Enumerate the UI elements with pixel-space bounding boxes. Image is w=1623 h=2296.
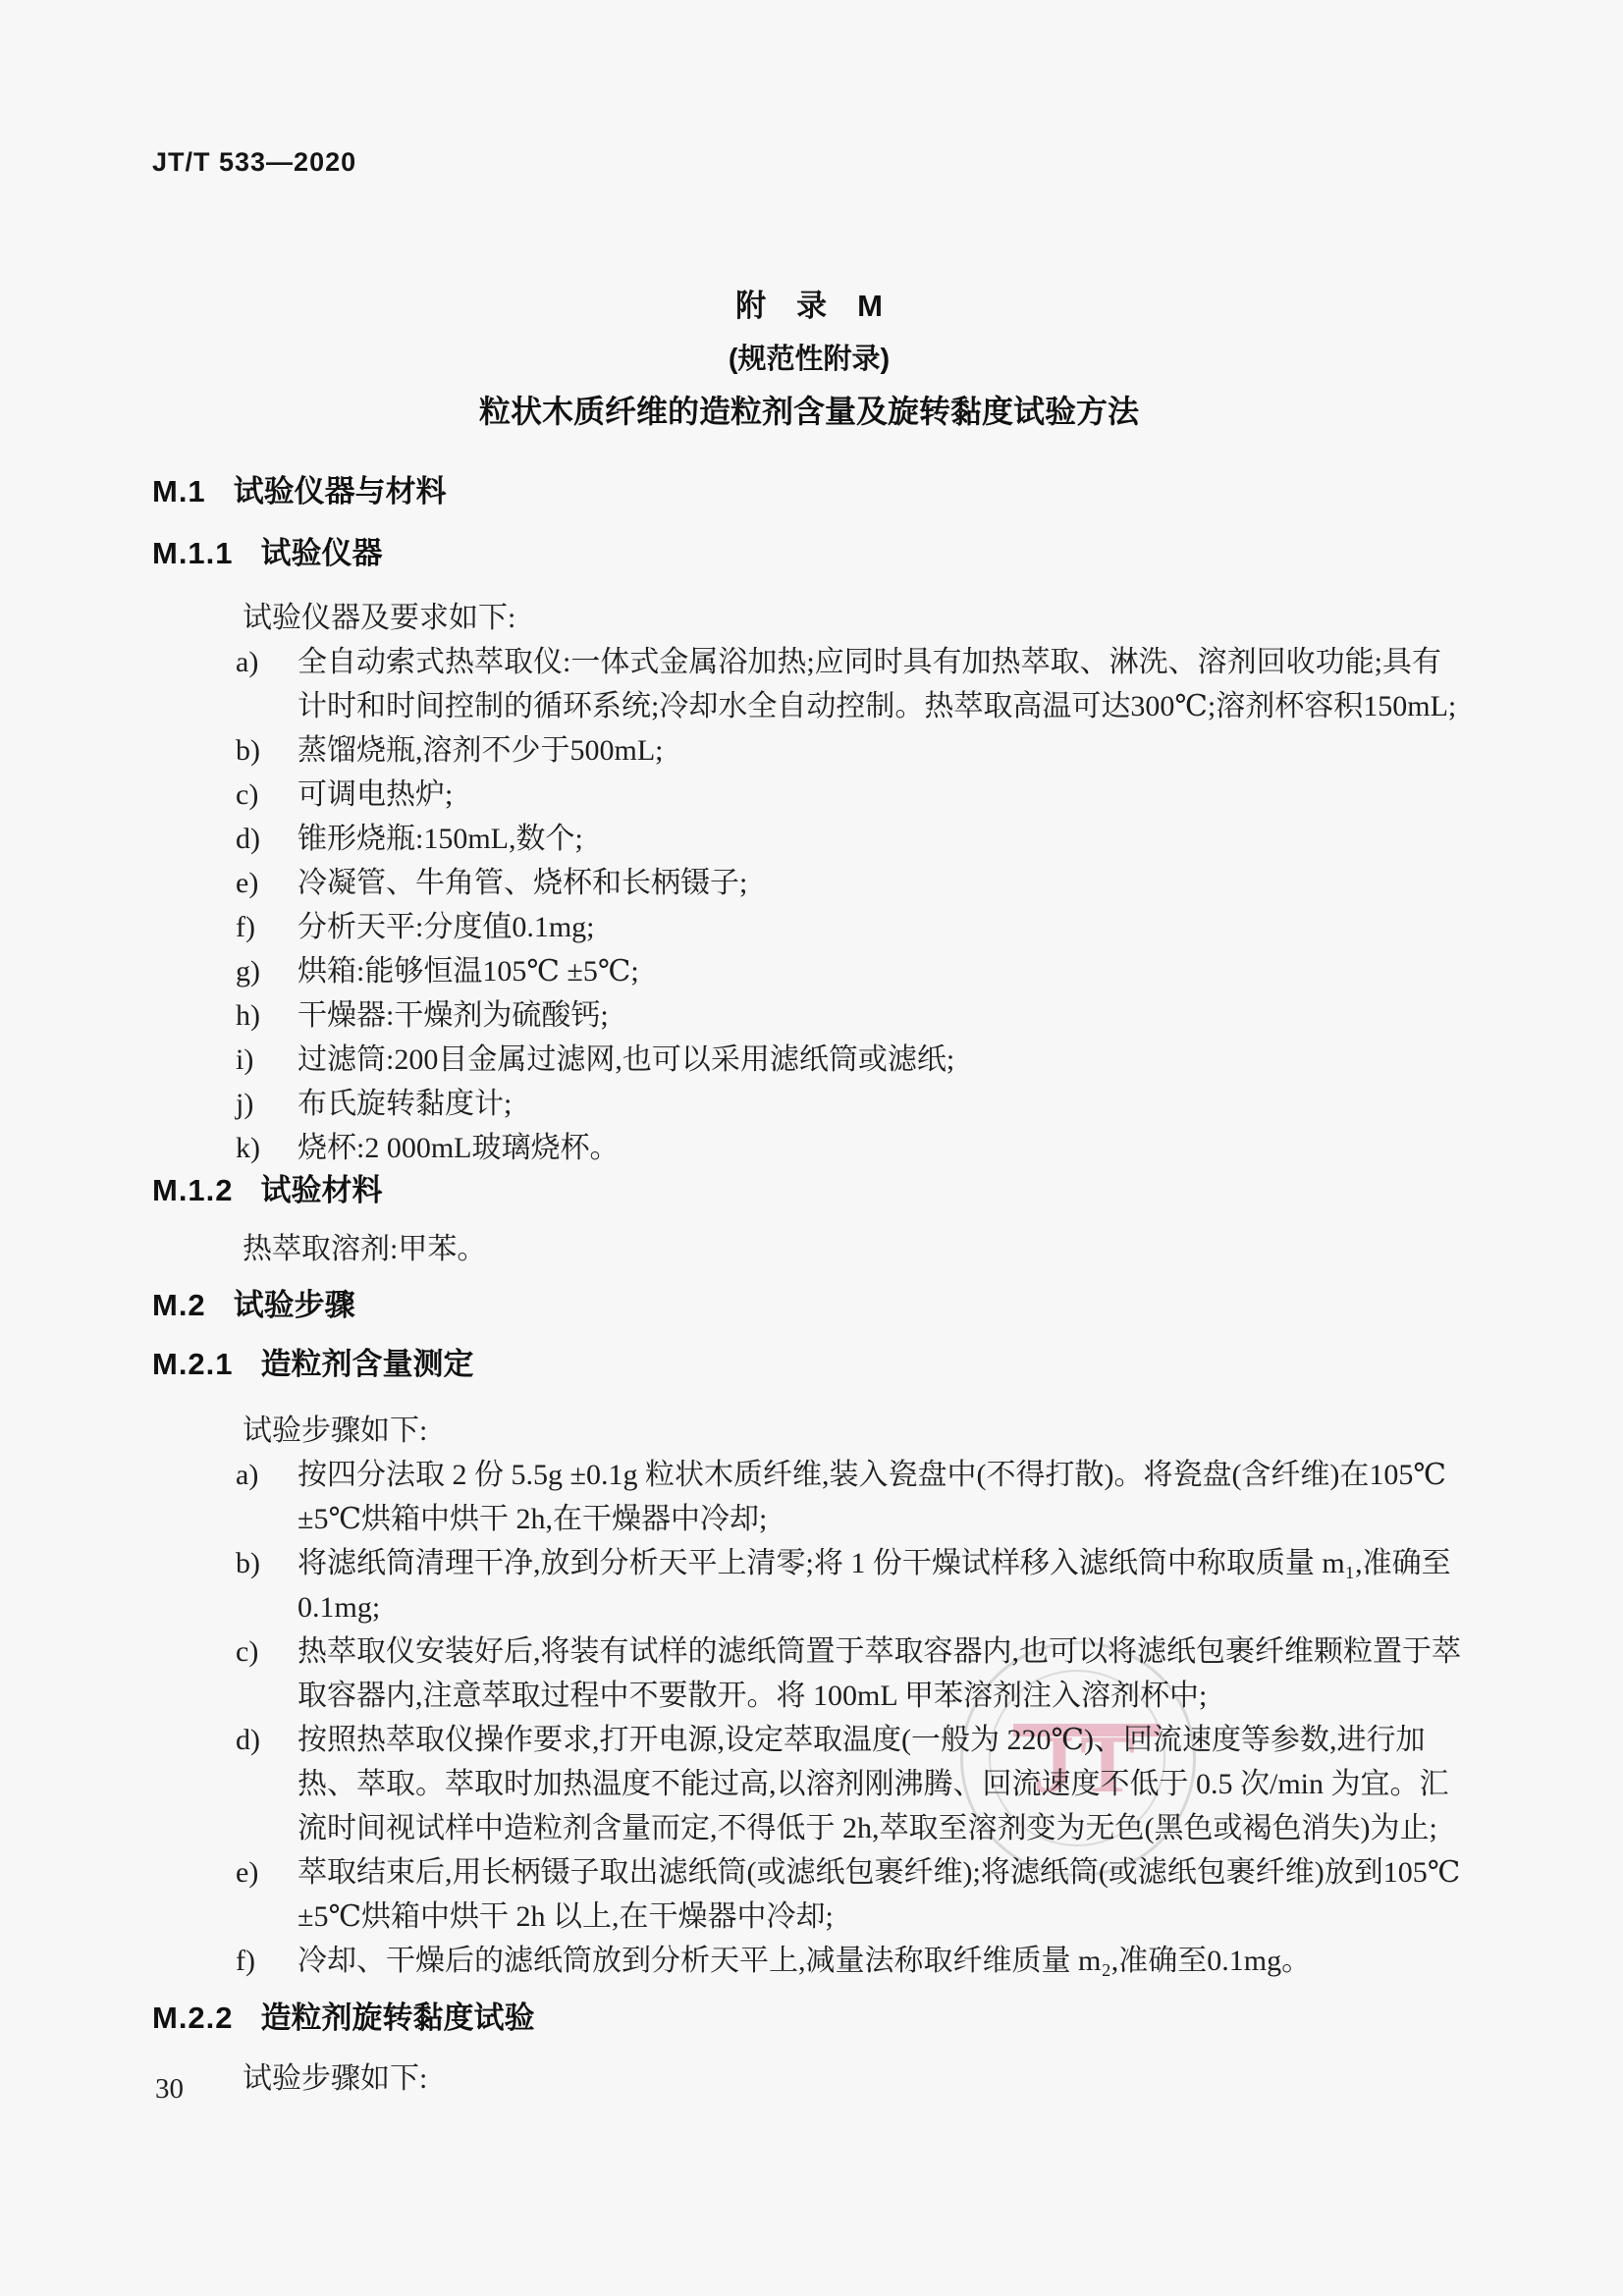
section-title: 造粒剂含量测定: [261, 1347, 474, 1381]
list-item: b) 蒸馏烧瓶,溶剂不少于500mL;: [152, 728, 1466, 773]
section-heading-m1: M.1试验仪器与材料: [152, 471, 1466, 512]
item-text: 过滤筒:200目金属过滤网,也可以采用滤纸筒或滤纸;: [298, 1038, 1466, 1082]
list-item: c) 热萃取仪安装好后,将装有试样的滤纸筒置于萃取容器内,也可以将滤纸包裹纤维颗…: [152, 1629, 1466, 1718]
section-title: 试验仪器: [261, 536, 383, 570]
section-heading-m11: M.1.1试验仪器: [152, 533, 1466, 574]
section-number: M.1.1: [152, 536, 234, 570]
item-text: 可调电热炉;: [298, 773, 1466, 817]
item-label: h): [236, 993, 298, 1038]
item-label: b): [236, 728, 298, 773]
item-label: f): [236, 1939, 298, 1983]
item-text: 全自动索式热萃取仪:一体式金属浴加热;应同时具有加热萃取、淋洗、溶剂回收功能;具…: [298, 640, 1466, 728]
section-title: 造粒剂旋转黏度试验: [261, 2001, 535, 2035]
page-title: 粒状木质纤维的造粒剂含量及旋转黏度试验方法: [152, 391, 1466, 432]
appendix-note: (规范性附录): [152, 340, 1466, 379]
list-item: g) 烘箱:能够恒温105℃ ±5℃;: [152, 949, 1466, 993]
item-label: g): [236, 949, 298, 993]
item-label: c): [236, 773, 298, 817]
item-text: 锥形烧瓶:150mL,数个;: [298, 817, 1466, 861]
list-item: d) 按照热萃取仪操作要求,打开电源,设定萃取温度(一般为 220℃)、回流速度…: [152, 1718, 1466, 1850]
item-label: e): [236, 1850, 298, 1895]
list-item: e) 冷凝管、牛角管、烧杯和长柄镊子;: [152, 861, 1466, 905]
item-text: 将滤纸筒清理干净,放到分析天平上清零;将 1 份干燥试样移入滤纸筒中称取质量 m…: [298, 1541, 1466, 1629]
section-number: M.2.1: [152, 1347, 234, 1381]
item-label: a): [236, 1453, 298, 1497]
page-content: 附 录 M (规范性附录) 粒状木质纤维的造粒剂含量及旋转黏度试验方法 M.1试…: [152, 0, 1466, 2101]
item-label: j): [236, 1082, 298, 1126]
section-title: 试验材料: [261, 1173, 383, 1207]
item-label: d): [236, 1718, 298, 1762]
item-label: e): [236, 861, 298, 905]
paragraph-steps-intro: 试验步骤如下:: [152, 1409, 1466, 1453]
section-number: M.2: [152, 1288, 206, 1322]
section-heading-m22: M.2.2造粒剂旋转黏度试验: [152, 1998, 1466, 2039]
item-text: 按照热萃取仪操作要求,打开电源,设定萃取温度(一般为 220℃)、回流速度等参数…: [298, 1718, 1466, 1850]
section-number: M.1: [152, 474, 206, 508]
item-text: 冷却、干燥后的滤纸筒放到分析天平上,减量法称取纤维质量 m₂,准确至0.1mg。: [298, 1939, 1466, 1983]
paragraph-steps-intro-2: 试验步骤如下:: [152, 2056, 1466, 2101]
item-text: 冷凝管、牛角管、烧杯和长柄镊子;: [298, 861, 1466, 905]
document-page: JT/T 533—2020 JT 附 录 M (规范性附录) 粒状木质纤维的造粒…: [0, 0, 1623, 2296]
list-item: h) 干燥器:干燥剂为硫酸钙;: [152, 993, 1466, 1038]
list-item: c) 可调电热炉;: [152, 773, 1466, 817]
item-text: 热萃取仪安装好后,将装有试样的滤纸筒置于萃取容器内,也可以将滤纸包裹纤维颗粒置于…: [298, 1629, 1466, 1718]
item-label: k): [236, 1126, 298, 1170]
section-number: M.2.2: [152, 2001, 234, 2035]
list-item: a) 全自动索式热萃取仪:一体式金属浴加热;应同时具有加热萃取、淋洗、溶剂回收功…: [152, 640, 1466, 728]
item-label: d): [236, 817, 298, 861]
item-label: b): [236, 1541, 298, 1585]
item-label: c): [236, 1629, 298, 1674]
item-label: i): [236, 1038, 298, 1082]
section-number: M.1.2: [152, 1173, 234, 1207]
item-label: a): [236, 640, 298, 684]
paragraph-material: 热萃取溶剂:甲苯。: [152, 1227, 1466, 1271]
item-text: 蒸馏烧瓶,溶剂不少于500mL;: [298, 728, 1466, 773]
list-item: b) 将滤纸筒清理干净,放到分析天平上清零;将 1 份干燥试样移入滤纸筒中称取质…: [152, 1541, 1466, 1629]
item-label: f): [236, 905, 298, 949]
list-item: k) 烧杯:2 000mL玻璃烧杯。: [152, 1126, 1466, 1170]
item-text: 干燥器:干燥剂为硫酸钙;: [298, 993, 1466, 1038]
paragraph-equipment-intro: 试验仪器及要求如下:: [152, 596, 1466, 640]
page-number: 30: [155, 2069, 184, 2109]
section-heading-m12: M.1.2试验材料: [152, 1170, 1466, 1211]
list-item: a) 按四分法取 2 份 5.5g ±0.1g 粒状木质纤维,装入瓷盘中(不得打…: [152, 1453, 1466, 1541]
item-text: 烘箱:能够恒温105℃ ±5℃;: [298, 949, 1466, 993]
list-item: f) 冷却、干燥后的滤纸筒放到分析天平上,减量法称取纤维质量 m₂,准确至0.1…: [152, 1939, 1466, 1983]
item-text: 萃取结束后,用长柄镊子取出滤纸筒(或滤纸包裹纤维);将滤纸筒(或滤纸包裹纤维)放…: [298, 1850, 1466, 1939]
equipment-list: a) 全自动索式热萃取仪:一体式金属浴加热;应同时具有加热萃取、淋洗、溶剂回收功…: [152, 640, 1466, 1170]
section-title: 试验步骤: [234, 1288, 355, 1322]
list-item: i) 过滤筒:200目金属过滤网,也可以采用滤纸筒或滤纸;: [152, 1038, 1466, 1082]
section-title: 试验仪器与材料: [234, 474, 447, 508]
item-text: 烧杯:2 000mL玻璃烧杯。: [298, 1126, 1466, 1170]
section-heading-m21: M.2.1造粒剂含量测定: [152, 1344, 1466, 1385]
list-item: e) 萃取结束后,用长柄镊子取出滤纸筒(或滤纸包裹纤维);将滤纸筒(或滤纸包裹纤…: [152, 1850, 1466, 1939]
appendix-heading: 附 录 M: [152, 287, 1466, 326]
list-item: d) 锥形烧瓶:150mL,数个;: [152, 817, 1466, 861]
item-text: 布氏旋转黏度计;: [298, 1082, 1466, 1126]
procedure-list: a) 按四分法取 2 份 5.5g ±0.1g 粒状木质纤维,装入瓷盘中(不得打…: [152, 1453, 1466, 1983]
section-heading-m2: M.2试验步骤: [152, 1285, 1466, 1326]
item-text: 按四分法取 2 份 5.5g ±0.1g 粒状木质纤维,装入瓷盘中(不得打散)。…: [298, 1453, 1466, 1541]
list-item: f) 分析天平:分度值0.1mg;: [152, 905, 1466, 949]
list-item: j) 布氏旋转黏度计;: [152, 1082, 1466, 1126]
item-text: 分析天平:分度值0.1mg;: [298, 905, 1466, 949]
